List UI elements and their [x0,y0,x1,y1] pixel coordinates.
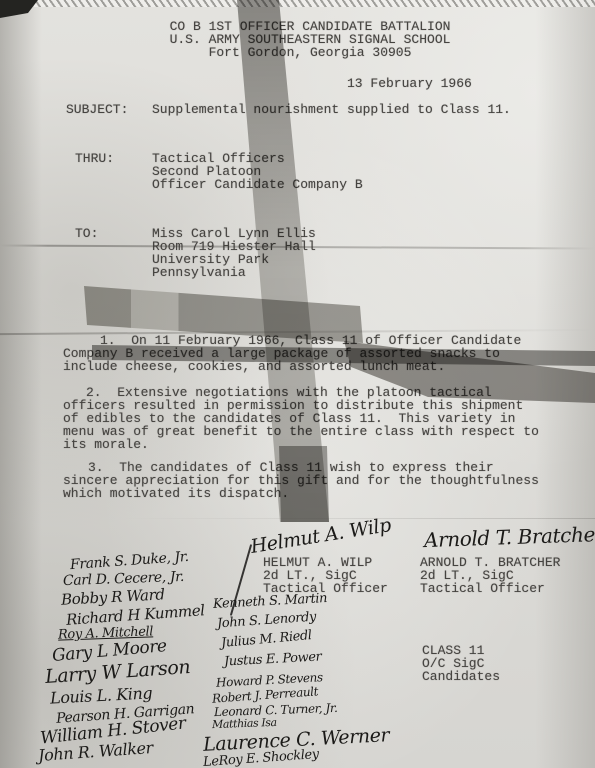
candidate-signature: Kenneth S. Martin [213,591,328,612]
scan-corner-mark [0,0,40,20]
candidate-signature: Julius M. Riedl [221,628,313,651]
candidate-signature: Justus E. Power [224,649,322,669]
thru-label: THRU: [75,152,114,165]
paragraph-1-line: include cheese, cookies, and assorted lu… [63,360,445,373]
officer-handwritten-signature: Helmut A. Wilp [249,514,392,558]
date-line: 13 February 1966 [347,77,472,90]
paragraph-3-line: which motivated its dispatch. [63,487,289,500]
to-label: TO: [75,227,98,240]
thru-line: Officer Candidate Company B [152,178,363,191]
scanned-letter-page: CO B 1ST OFFICER CANDIDATE BATTALION U.S… [0,0,595,768]
class-block-line: Candidates [422,670,500,683]
candidate-signature: Carl D. Cecere, Jr. [63,569,184,589]
to-line: Pennsylvania [152,266,246,279]
officer-title: Tactical Officer [420,582,545,595]
officer-handwritten-signature: Arnold T. Bratcher [424,522,595,552]
candidate-signature: Louis L. King [50,683,153,707]
letterhead-line-3: Fort Gordon, Georgia 30905 [209,46,412,59]
subject-text: Supplemental nourishment supplied to Cla… [152,103,511,116]
paragraph-2-line: its morale. [63,438,149,451]
candidate-signature: Matthias Isa [212,716,277,731]
scan-edge-hatch [34,0,595,7]
subject-label: SUBJECT: [66,103,128,116]
